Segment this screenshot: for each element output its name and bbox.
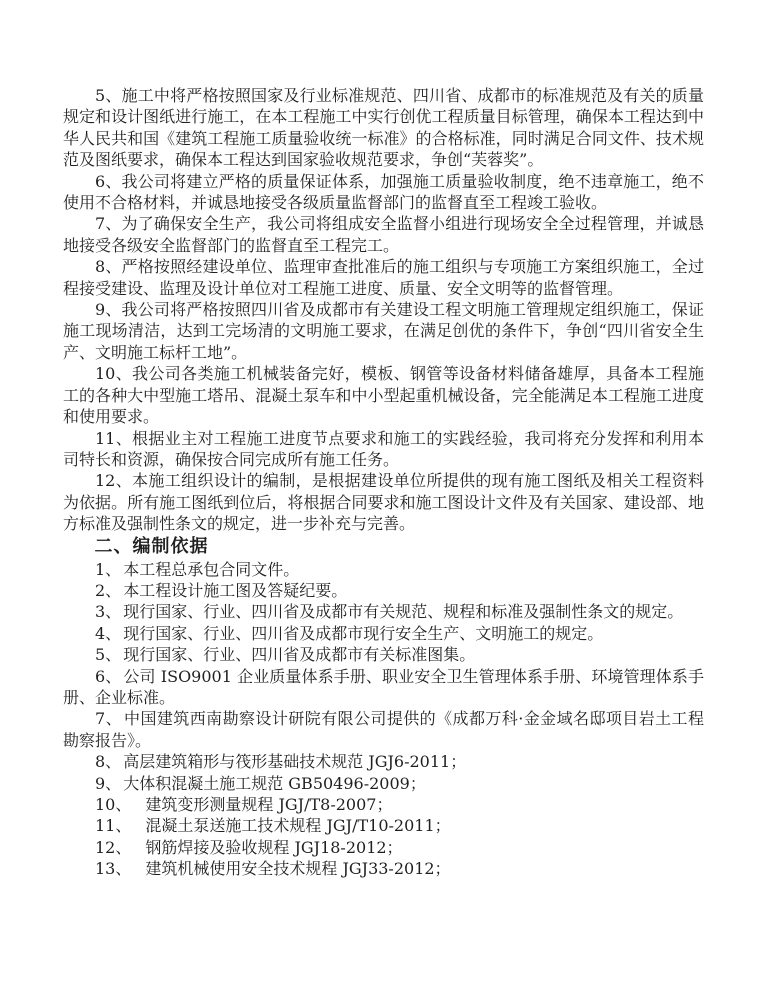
list-item: 2、本工程设计施工图及答疑纪要。 [63, 580, 704, 601]
document-page: 5、施工中将严格按照国家及行业标准规范、四川省、成都市的标准规范及有关的质量规定… [0, 0, 765, 990]
list-item-text: 公司 ISO9001 企业质量体系手册、职业安全卫生管理体系手册、环境管理体系手… [63, 667, 704, 707]
list-item-text: 现行国家、行业、四川省及成都市有关规范、规程和标准及强制性条文的规定。 [123, 602, 683, 621]
list-item: 13、建筑机械使用安全技术规程 JGJ33-2012； [63, 858, 704, 879]
paragraph: 8、严格按照经建设单位、监理审查批准后的施工组织与专项施工方案组织施工，全过程接… [63, 256, 704, 299]
list-item: 8、高层建筑箱形与筏形基础技术规范 JGJ6-2011； [63, 751, 704, 772]
list-item: 5、现行国家、行业、四川省及成都市有关标准图集。 [63, 644, 704, 665]
list-item-number: 11、 [95, 816, 131, 835]
list-item-number: 1、 [95, 560, 121, 579]
list-item-number: 9、 [95, 774, 121, 793]
list-item: 6、公司 ISO9001 企业质量体系手册、职业安全卫生管理体系手册、环境管理体… [63, 666, 704, 709]
list-item-text: 本工程总承包合同文件。 [123, 560, 299, 579]
list-item: 9、大体积混凝土施工规范 GB50496-2009； [63, 773, 704, 794]
list-item: 3、现行国家、行业、四川省及成都市有关规范、规程和标准及强制性条文的规定。 [63, 601, 704, 622]
list-item-number: 7、 [95, 709, 122, 728]
list-item-number: 8、 [95, 752, 121, 771]
list-item: 1、本工程总承包合同文件。 [63, 559, 704, 580]
list-item: 4、现行国家、行业、四川省及成都市现行安全生产、文明施工的规定。 [63, 623, 704, 644]
list-item-text: 钢筋焊接及验收规程 JGJ18-2012； [145, 838, 402, 857]
paragraph: 10、我公司各类施工机械装备完好，模板、钢管等设备材料储备雄厚，具备本工程施工的… [63, 363, 704, 427]
list-item-text: 混凝土泵送施工技术规程 JGJ/T10-2011； [145, 816, 450, 835]
section-heading: 二、编制依据 [63, 536, 704, 558]
list-item-text: 现行国家、行业、四川省及成都市现行安全生产、文明施工的规定。 [123, 624, 603, 643]
list-item-number: 10、 [95, 795, 131, 814]
list-item-text: 大体积混凝土施工规范 GB50496-2009； [123, 774, 426, 793]
list-item: 11、混凝土泵送施工技术规程 JGJ/T10-2011； [63, 815, 704, 836]
paragraph: 9、我公司将严格按照四川省及成都市有关建设工程文明施工管理规定组织施工，保证施工… [63, 299, 704, 363]
list-item-text: 现行国家、行业、四川省及成都市有关标准图集。 [123, 645, 475, 664]
list-item-number: 2、 [95, 581, 121, 600]
paragraph: 6、我公司将建立严格的质量保证体系，加强施工质量验收制度，绝不违章施工，绝不使用… [63, 171, 704, 214]
list-item-number: 6、 [95, 667, 121, 686]
paragraph: 5、施工中将严格按照国家及行业标准规范、四川省、成都市的标准规范及有关的质量规定… [63, 85, 704, 171]
list-item-number: 12、 [95, 838, 131, 857]
list-item-text: 高层建筑箱形与筏形基础技术规范 JGJ6-2011； [123, 752, 466, 771]
list-item: 10、建筑变形测量规程 JGJ/T8-2007； [63, 794, 704, 815]
list-item-number: 5、 [95, 645, 121, 664]
paragraph: 7、为了确保安全生产，我公司将组成安全监督小组进行现场安全全过程管理，并诚恳地接… [63, 213, 704, 256]
document-content: 5、施工中将严格按照国家及行业标准规范、四川省、成都市的标准规范及有关的质量规定… [63, 85, 704, 880]
list-item-text: 建筑变形测量规程 JGJ/T8-2007； [145, 795, 392, 814]
list-item-number: 13、 [95, 859, 131, 878]
paragraph: 12、本施工组织设计的编制，是根据建设单位所提供的现有施工图纸及相关工程资料为依… [63, 470, 704, 534]
paragraph: 11、根据业主对工程施工进度节点要求和施工的实践经验，我司将充分发挥和利用本司特… [63, 428, 704, 471]
list-item: 12、钢筋焊接及验收规程 JGJ18-2012； [63, 837, 704, 858]
list-item-number: 3、 [95, 602, 121, 621]
list-item-number: 4、 [95, 624, 121, 643]
list-item-text: 中国建筑西南勘察设计研院有限公司提供的《成都万科·金金域名邸项目岩土工程勘察报告… [63, 709, 704, 749]
list-item: 7、中国建筑西南勘察设计研院有限公司提供的《成都万科·金金域名邸项目岩土工程勘察… [63, 708, 704, 751]
list-item-text: 建筑机械使用安全技术规程 JGJ33-2012； [145, 859, 450, 878]
list-item-text: 本工程设计施工图及答疑纪要。 [123, 581, 347, 600]
